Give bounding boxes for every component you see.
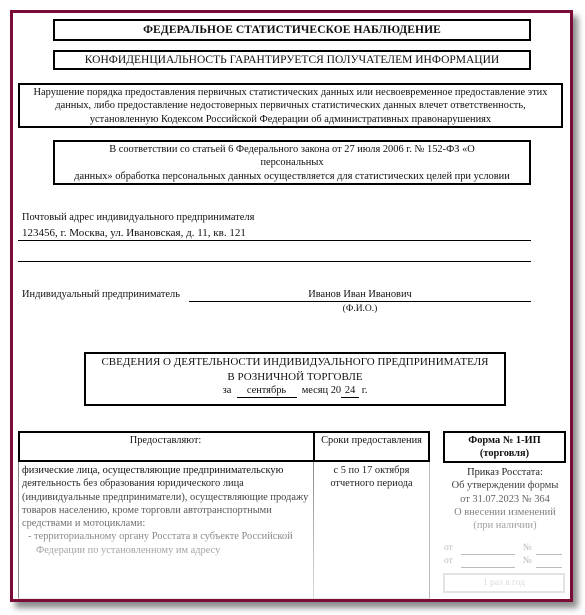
from-label: от [444, 555, 453, 568]
form-number: Форма № 1-ИП [445, 434, 564, 447]
amendments-label: О внесении изменений [440, 506, 570, 519]
month-label: месяц 20 [302, 385, 341, 396]
report-title-line-2: В РОЗНИЧНОЙ ТОРГОВЛЕ [86, 370, 504, 385]
fio-caption: (Ф.И.О.) [190, 302, 530, 316]
year-field[interactable]: 24 [341, 385, 359, 398]
header-deadlines: Сроки предоставления [315, 435, 428, 446]
address-label: Почтовый адрес индивидуального предприни… [22, 211, 254, 225]
amendment-row-1: от № [444, 542, 568, 555]
frequency-badge: 1 раз в год [443, 573, 565, 593]
form-type: (торговля) [445, 447, 564, 460]
header-submitters: Предоставляют: [18, 435, 313, 446]
amendment-number-field-2[interactable] [536, 557, 562, 568]
personal-data-law-notice: В соответствии со статьей 6 Федерального… [53, 140, 531, 185]
amendment-date-field-1[interactable] [461, 544, 515, 555]
amendment-number-field-1[interactable] [536, 544, 562, 555]
address-underline-1 [18, 240, 531, 241]
submitters-subitem: - территориальному органу Росстата в суб… [22, 530, 312, 557]
order-label: Приказ Росстата: [440, 466, 570, 479]
submitters-text: физические лица, осуществляющие предприн… [22, 464, 312, 530]
report-title-box: СВЕДЕНИЯ О ДЕЯТЕЛЬНОСТИ ИНДИВИДУАЛЬНОГО … [84, 352, 506, 406]
number-sign: № [523, 542, 532, 555]
year-suffix: г. [362, 385, 368, 396]
report-period: за сентябрь месяц 2024 г. [86, 384, 504, 399]
period-prefix: за [223, 385, 232, 396]
order-date: от 31.07.2023 № 364 [440, 493, 570, 506]
from-label: от [444, 542, 453, 555]
confidentiality-notice: КОНФИДЕНЦИАЛЬНОСТЬ ГАРАНТИРУЕТСЯ ПОЛУЧАТ… [53, 50, 531, 70]
amendment-date-field-2[interactable] [461, 557, 515, 568]
month-field[interactable]: сентябрь [237, 385, 297, 398]
amendment-row-2: от № [444, 555, 568, 568]
address-underline-2 [18, 261, 531, 262]
law-notice-line-3: данных» обработка персональных данных ос… [55, 170, 529, 183]
amendments-fields: от № от № [444, 542, 568, 568]
submitters-cell: физические лица, осуществляющие предприн… [22, 464, 312, 557]
law-notice-line-1: В соответствии со статьей 6 Федерального… [55, 143, 529, 156]
submitters-table: Предоставляют: Сроки предоставления физи… [18, 431, 430, 599]
address-value[interactable]: 123456, г. Москва, ул. Ивановская, д. 11… [22, 226, 246, 240]
law-notice-line-2: персональных [55, 156, 529, 169]
number-sign: № [523, 555, 532, 568]
entrepreneur-name[interactable]: Иванов Иван Иванович [190, 288, 530, 302]
amendments-note: (при наличии) [440, 519, 570, 532]
entrepreneur-label: Индивидуальный предприниматель [22, 288, 180, 302]
federal-observation-title: ФЕДЕРАЛЬНОЕ СТАТИСТИЧЕСКОЕ НАБЛЮДЕНИЕ [53, 19, 531, 41]
form-approval-info: Приказ Росстата: Об утверждении формы от… [440, 466, 570, 532]
order-title: Об утверждении формы [440, 479, 570, 492]
violation-notice: Нарушение порядка предоставления первичн… [18, 83, 563, 128]
deadline-cell: с 5 по 17 октября отчетного периода [315, 464, 428, 491]
body-column-divider [313, 462, 314, 599]
form-number-box: Форма № 1-ИП (торговля) [443, 431, 566, 463]
report-title-line-1: СВЕДЕНИЯ О ДЕЯТЕЛЬНОСТИ ИНДИВИДУАЛЬНОГО … [86, 355, 504, 370]
